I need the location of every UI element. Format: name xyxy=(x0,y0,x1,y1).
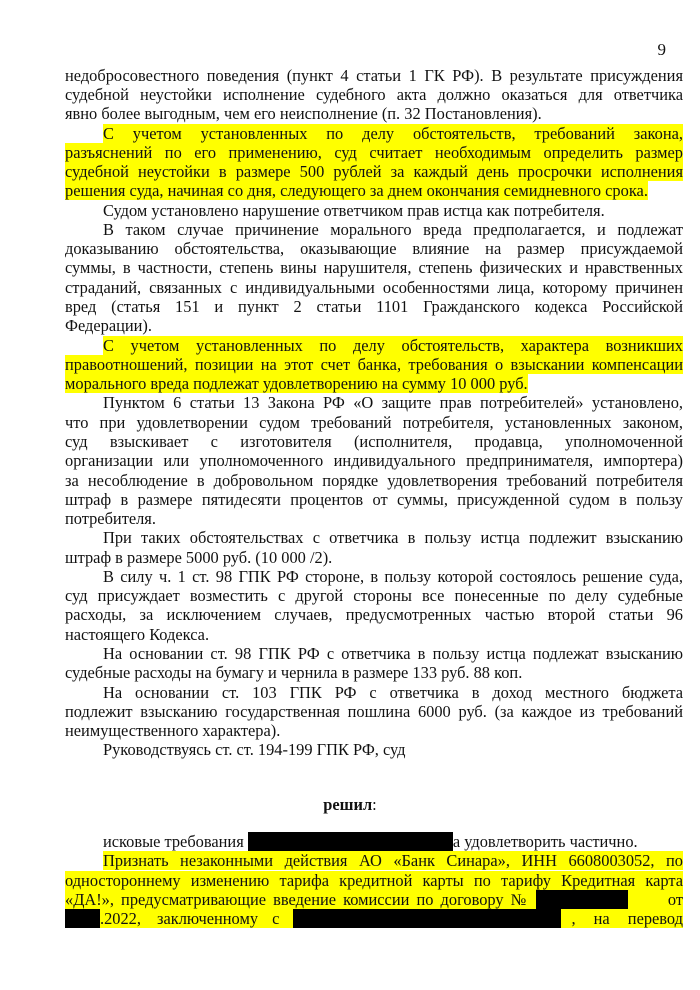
text-line: судебные расходы на бумагу и чернила в р… xyxy=(65,663,683,682)
line-text: Судом установлено нарушение ответчиком п… xyxy=(103,201,605,220)
text-line: На основании ст. 98 ГПК РФ с ответчика в… xyxy=(103,644,683,663)
text-line: потребителя. xyxy=(65,509,683,528)
verdict-line-2: одностороннему изменению тарифа кредитно… xyxy=(65,871,683,890)
text-line: недобросовестного поведения (пункт 4 ста… xyxy=(65,66,683,85)
line-text: что при удовлетворении судом требований … xyxy=(65,413,683,432)
verdict-text-3: «ДА!», предусматривающие введение комисс… xyxy=(65,890,526,909)
line-text: настоящего Кодекса. xyxy=(65,625,209,644)
line-text: Федерации). xyxy=(65,316,152,335)
line-text: суд взыскивает с изготовителя (исполните… xyxy=(65,432,683,451)
text-line: На основании ст. 103 ГПК РФ с ответчика … xyxy=(103,683,683,702)
document-page: 9 недобросовестного поведения (пункт 4 с… xyxy=(0,0,700,990)
text-line: организации или уполномоченного индивиду… xyxy=(65,451,683,470)
verdict-text-4-date: .2022, xyxy=(100,909,141,928)
text-line: правоотношений, позиции на этот счет бан… xyxy=(65,355,683,374)
text-line: расходы, за исключением случаев, предусм… xyxy=(65,605,683,624)
line-text: штраф в размере пятидесяти процентов от … xyxy=(65,490,683,509)
text-line: судебной неустойки в размере 500 рублей … xyxy=(65,162,683,181)
line-text: суммы, в частности, степень вины нарушит… xyxy=(65,258,683,277)
claims-line: исковые требования а удовлетворить части… xyxy=(103,832,683,851)
line-text: неимущественного характера). xyxy=(65,721,280,740)
line-text: недобросовестного поведения (пункт 4 ста… xyxy=(65,66,683,85)
redacted-contract-date xyxy=(65,909,100,928)
text-line: явно более выгодным, чем его неисполнени… xyxy=(65,104,683,123)
line-text: вред (статья 151 и пункт 2 статьи 1101 Г… xyxy=(65,297,683,316)
text-line: разъяснений по его применению, суд счита… xyxy=(65,143,683,162)
highlighted-text: С учетом установленных по делу обстоятел… xyxy=(103,336,683,355)
text-line: штраф в размере 5000 руб. (10 000 /2). xyxy=(65,548,683,567)
verdict-text-1: Признать незаконными действия АО «Банк С… xyxy=(103,851,683,870)
text-line: морального вреда подлежат удовлетворению… xyxy=(65,374,683,393)
highlighted-text: правоотношений, позиции на этот счет бан… xyxy=(65,355,683,374)
text-line: Пунктом 6 статьи 13 Закона РФ «О защите … xyxy=(103,393,683,412)
line-text: расходы, за исключением случаев, предусм… xyxy=(65,605,683,624)
line-text: Руководствуясь ст. ст. 194-199 ГПК РФ, с… xyxy=(103,740,406,759)
text-line: доказыванию обстоятельства, оказывающие … xyxy=(65,239,683,258)
claims-text-before: исковые требования xyxy=(103,832,248,851)
verdict-heading: решил: xyxy=(0,795,700,814)
line-text: В таком случае причинение морального вре… xyxy=(103,220,683,239)
claims-text-after: а удовлетворить частично. xyxy=(453,832,638,851)
line-text: судебные расходы на бумагу и чернила в р… xyxy=(65,663,522,682)
line-text: В силу ч. 1 ст. 98 ГПК РФ стороне, в пол… xyxy=(103,567,683,586)
line-text: суд присуждает возместить с другой сторо… xyxy=(65,586,683,605)
line-text: явно более выгодным, чем его неисполнени… xyxy=(65,104,542,123)
text-line: Федерации). xyxy=(65,316,683,335)
page-number: 9 xyxy=(658,40,667,60)
text-line: неимущественного характера). xyxy=(65,721,683,740)
line-text: Пунктом 6 статьи 13 Закона РФ «О защите … xyxy=(103,393,683,412)
line-text: за несоблюдение в добровольном порядке у… xyxy=(65,471,683,490)
line-text: штраф в размере 5000 руб. (10 000 /2). xyxy=(65,548,332,567)
text-line: вред (статья 151 и пункт 2 статьи 1101 Г… xyxy=(65,297,683,316)
text-line: С учетом установленных по делу обстоятел… xyxy=(103,124,683,143)
text-line: В силу ч. 1 ст. 98 ГПК РФ стороне, в пол… xyxy=(103,567,683,586)
text-line: суммы, в частности, степень вины нарушит… xyxy=(65,258,683,277)
text-line: за несоблюдение в добровольном порядке у… xyxy=(65,471,683,490)
highlighted-text: судебной неустойки в размере 500 рублей … xyxy=(65,162,683,181)
verdict-line-3: «ДА!», предусматривающие введение комисс… xyxy=(65,890,683,909)
verdict-line-1: Признать незаконными действия АО «Банк С… xyxy=(103,851,683,870)
text-line: страданий, связанных с индивидуальными о… xyxy=(65,278,683,297)
text-line: настоящего Кодекса. xyxy=(65,625,683,644)
redacted-counterparty-name xyxy=(293,909,561,928)
text-line: При таких обстоятельствах с ответчика в … xyxy=(103,528,683,547)
highlighted-text: решения суда, начиная со дня, следующего… xyxy=(65,181,648,200)
text-line: суд присуждает возместить с другой сторо… xyxy=(65,586,683,605)
verdict-text-4-after: , на перевод xyxy=(571,909,683,928)
text-line: судебной неустойки исполнение судебного … xyxy=(65,85,683,104)
verdict-heading-text: решил xyxy=(323,795,372,814)
line-text: страданий, связанных с индивидуальными о… xyxy=(65,278,683,297)
redacted-contract-number xyxy=(536,890,628,909)
line-text: судебной неустойки исполнение судебного … xyxy=(65,85,683,104)
verdict-heading-colon: : xyxy=(372,795,377,814)
text-line: суд взыскивает с изготовителя (исполните… xyxy=(65,432,683,451)
line-text: подлежит взысканию государственная пошли… xyxy=(65,702,683,721)
text-line: Руководствуясь ст. ст. 194-199 ГПК РФ, с… xyxy=(103,740,683,759)
verdict-text-4-mid: заключенному с xyxy=(157,909,279,928)
text-line: решения суда, начиная со дня, следующего… xyxy=(65,181,683,200)
highlighted-text: С учетом установленных по делу обстоятел… xyxy=(103,124,683,143)
text-line: что при удовлетворении судом требований … xyxy=(65,413,683,432)
highlighted-text: морального вреда подлежат удовлетворению… xyxy=(65,374,528,393)
verdict-line-4: .2022, заключенному с , на перевод xyxy=(65,909,683,928)
text-line: В таком случае причинение морального вре… xyxy=(103,220,683,239)
text-line: штраф в размере пятидесяти процентов от … xyxy=(65,490,683,509)
line-text: доказыванию обстоятельства, оказывающие … xyxy=(65,239,683,258)
highlighted-text: разъяснений по его применению, суд счита… xyxy=(65,143,683,162)
line-text: организации или уполномоченного индивиду… xyxy=(65,451,683,470)
text-line: подлежит взысканию государственная пошли… xyxy=(65,702,683,721)
text-line: С учетом установленных по делу обстоятел… xyxy=(103,336,683,355)
line-text: На основании ст. 98 ГПК РФ с ответчика в… xyxy=(103,644,683,663)
verdict-text-2: одностороннему изменению тарифа кредитно… xyxy=(65,871,683,890)
line-text: На основании ст. 103 ГПК РФ с ответчика … xyxy=(103,683,683,702)
verdict-text-3-from: от xyxy=(668,890,683,909)
line-text: При таких обстоятельствах с ответчика в … xyxy=(103,528,683,547)
redacted-plaintiff-name xyxy=(248,832,453,851)
line-text: потребителя. xyxy=(65,509,156,528)
text-line: Судом установлено нарушение ответчиком п… xyxy=(103,201,683,220)
